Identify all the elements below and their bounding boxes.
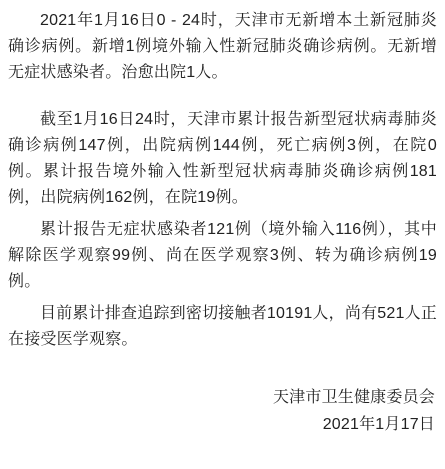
paragraph-daily-new-cases: 2021年1月16日0 - 24时，天津市无新增本土新冠肺炎确诊病例。新增1例境… — [8, 8, 437, 86]
paragraph-asymptomatic-cases: 累计报告无症状感染者121例（境外输入116例），其中解除医学观察99例、尚在医… — [8, 217, 437, 295]
signature-block: 天津市卫生健康委员会 2021年1月17日 — [8, 384, 437, 438]
announcement-document: 2021年1月16日0 - 24时，天津市无新增本土新冠肺炎确诊病例。新增1例境… — [0, 0, 445, 438]
paragraph-cumulative-confirmed: 截至1月16日24时，天津市累计报告新型冠状病毒肺炎确诊病例147例，出院病例1… — [8, 107, 437, 211]
signature-date: 2021年1月17日 — [8, 411, 435, 438]
signature-organization: 天津市卫生健康委员会 — [8, 384, 435, 411]
paragraph-close-contacts: 目前累计排查追踪到密切接触者10191人，尚有521人正在接受医学观察。 — [8, 301, 437, 353]
